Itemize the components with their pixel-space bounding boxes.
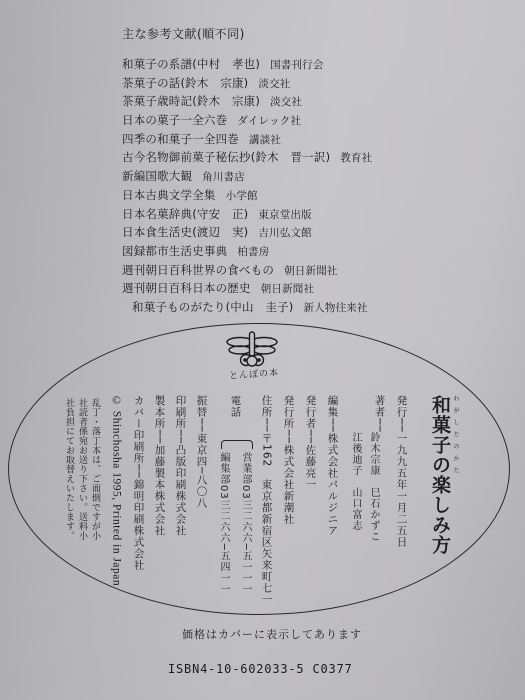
reference-item: 茶菓子歳時記(鈴木 宗康)淡交社 — [122, 92, 372, 111]
reference-item: 茶菓子の話(鈴木 宗康)淡交社 — [122, 74, 372, 93]
reference-publisher: 教育社 — [340, 152, 372, 164]
reference-publisher: 東京堂出版 — [258, 209, 312, 221]
book-title-ruby: わがしたのかた — [452, 395, 458, 479]
reference-publisher: ダイレック社 — [237, 115, 301, 127]
authors-label: 著者── — [374, 395, 385, 433]
authors-line-1: 鈴木宗康 巳石かずこ — [368, 432, 378, 542]
reference-item: 四季の和菓子一全四巻講談社 — [122, 130, 372, 149]
issue-date: 発行──一九九五年一月二五日 — [396, 395, 407, 548]
reference-item: 日本名菓辞典(守安 正)東京堂出版 — [122, 205, 372, 224]
reference-title: 和菓子の系譜(中村 孝也) — [122, 57, 260, 71]
reference-item: 図録都市生活史事典柏書房 — [122, 242, 372, 261]
reference-item: 日本食生活史(渡辺 実)吉川弘文館 — [122, 223, 372, 242]
reference-publisher: 新人物往来社 — [303, 302, 367, 314]
reference-publisher: 国書刊行会 — [270, 59, 324, 71]
notice-line-2: 社読者係宛お送り下さい。送料小 — [77, 398, 86, 541]
reference-publisher: 吉川弘文館 — [258, 227, 312, 239]
isbn-code: ISBN4-10-602033-5 C0377 — [168, 662, 353, 676]
reference-title: 図録都市生活史事典 — [122, 244, 227, 258]
phone-label: 電話 — [230, 395, 241, 418]
transfer-account: 振替──東京四─八〇八 — [196, 395, 207, 509]
reference-item: 和菓子ものがたり(中山 圭子)新人物往来社 — [122, 298, 372, 317]
notice-line-3: 社負担にてお取替えいたします。 — [64, 398, 73, 541]
references-heading: 主な参考文献(順不同) — [122, 25, 245, 42]
reference-title: 茶菓子歳時記(鈴木 宗康) — [122, 94, 260, 108]
phone-sales: 営業部03三二六六─五一一一 — [240, 452, 250, 595]
reference-publisher: 淡交社 — [270, 96, 302, 108]
reference-title: 茶菓子の話(鈴木 宗康) — [122, 76, 248, 90]
reference-title: 週刊朝日百科日本の歴史 — [122, 281, 251, 295]
binder: 製本所──加藤製本株式会社 — [154, 395, 165, 536]
editor: 編集──株式会社パルジニア — [327, 395, 338, 536]
reference-title: 日本の菓子一全六巻 — [122, 113, 227, 127]
reference-publisher: 小学館 — [226, 190, 258, 202]
reference-title: 四季の和菓子一全四巻 — [122, 132, 239, 146]
price-note: 価格はカバーに表示してあります — [182, 626, 362, 642]
references-list: 和菓子の系譜(中村 孝也)国書刊行会 茶菓子の話(鈴木 宗康)淡交社 茶菓子歳時… — [122, 55, 372, 317]
reference-item: 和菓子の系譜(中村 孝也)国書刊行会 — [122, 55, 372, 74]
copyright: © Shinchosha 1995, Printed in Japan — [110, 395, 122, 586]
notice-line-1: 乱丁・落丁本は、ご面倒ですが小 — [90, 398, 99, 541]
reference-title: 新編国歌大観 — [122, 169, 192, 183]
reference-item: 新編国歌大観角川書店 — [122, 167, 372, 186]
reference-item: 日本の菓子一全六巻ダイレック社 — [122, 111, 372, 130]
reference-title: 古今名物御前菓子秘伝抄(鈴木 晋一訳) — [122, 150, 330, 164]
publisher-person: 発行者──佐藤亮一 — [305, 395, 316, 490]
authors-line-2: 江後迪子 山口富志 — [350, 432, 360, 531]
reference-publisher: 柏書房 — [237, 246, 269, 258]
reference-title: 和菓子ものがたり(中山 圭子) — [132, 300, 293, 314]
reference-publisher: 淡交社 — [258, 78, 290, 90]
reference-title: 日本古典文学全集 — [122, 188, 216, 202]
cover-printer: カバー印刷所──錦明印刷株式会社 — [133, 395, 144, 571]
printer: 印刷所──凸版印刷株式会社 — [175, 395, 186, 536]
publisher-company: 発行所──株式会社新潮社 — [283, 395, 294, 525]
phone-brace — [221, 440, 253, 449]
reference-publisher: 角川書店 — [202, 171, 245, 183]
reference-publisher: 朝日新聞社 — [261, 283, 315, 295]
reference-title: 週刊朝日百科世界の食べもの — [122, 263, 274, 277]
reference-publisher: 朝日新聞社 — [284, 265, 338, 277]
address: 住所──〒162 東京都新宿区矢来町七一 — [261, 395, 272, 605]
phone-editorial: 編集部03三二六六─五四一一 — [218, 452, 228, 595]
reference-item: 週刊朝日百科日本の歴史朝日新聞社 — [122, 279, 372, 298]
reference-item: 週刊朝日百科世界の食べもの朝日新聞社 — [122, 261, 372, 280]
reference-publisher: 講談社 — [249, 134, 281, 146]
reference-title: 日本食生活史(渡辺 実) — [122, 225, 248, 239]
reference-item: 古今名物御前菓子秘伝抄(鈴木 晋一訳)教育社 — [122, 148, 372, 167]
book-title: 和菓子の楽しみ方 — [430, 395, 449, 555]
reference-title: 日本名菓辞典(守安 正) — [122, 207, 248, 221]
reference-item: 日本古典文学全集小学館 — [122, 186, 372, 205]
